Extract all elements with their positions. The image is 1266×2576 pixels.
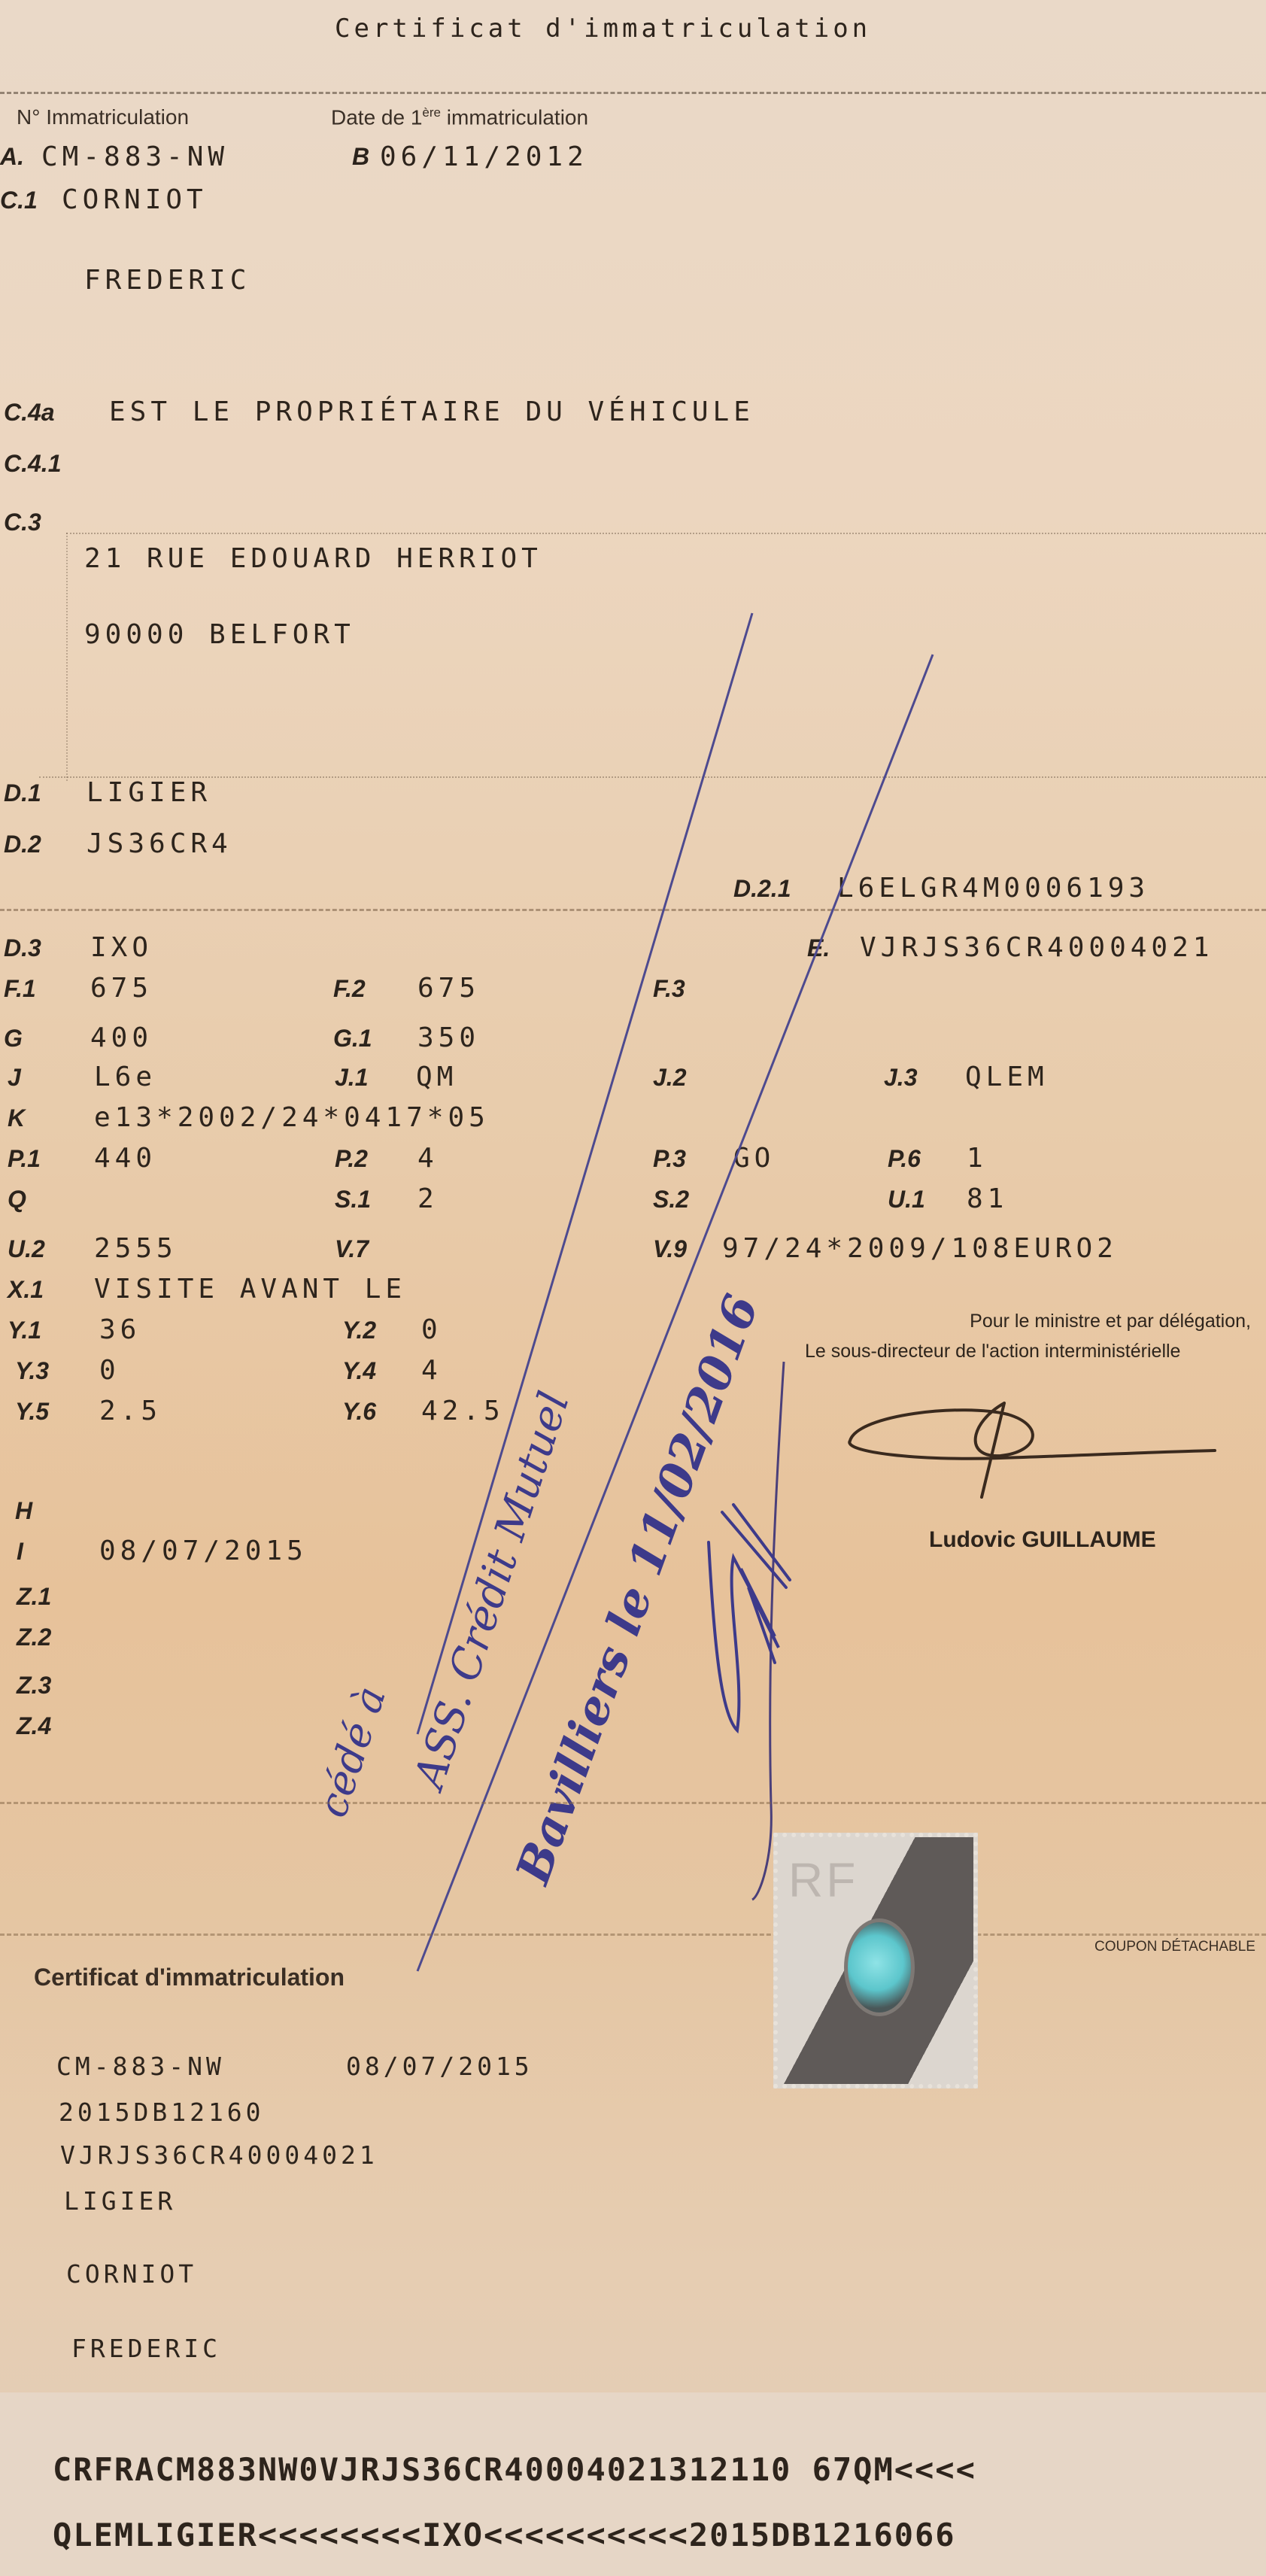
coupon-date: 08/07/2015 (346, 2052, 533, 2081)
coupon-title: Certificat d'immatriculation (34, 1964, 345, 1991)
mrz-line-1: CRFRACM883NW0VJRJS36CR40004021312110 67Q… (53, 2451, 976, 2488)
fold-line-2 (0, 1802, 1266, 1804)
mrz-line-2: QLEMLIGIER<<<<<<<<IXO<<<<<<<<<<2015DB121… (53, 2517, 956, 2553)
coupon-perforation (0, 1934, 1266, 1936)
coupon-vin: VJRJS36CR40004021 (60, 2140, 378, 2170)
handwritten-strike-lines (0, 0, 1266, 2576)
stamp-hologram-icon (844, 1918, 915, 2016)
coupon-plate: CM-883-NW (56, 2052, 225, 2081)
security-stamp: RF (773, 1833, 978, 2088)
coupon-make: LIGIER (64, 2186, 176, 2216)
coupon-detachable-label: COUPON DÉTACHABLE (1094, 1939, 1255, 1955)
stamp-rf-text: RF (788, 1852, 858, 1908)
coupon-first-name: FREDERIC (71, 2334, 221, 2363)
coupon-formula-number: 2015DB12160 (59, 2098, 265, 2127)
coupon-surname: CORNIOT (66, 2259, 197, 2289)
